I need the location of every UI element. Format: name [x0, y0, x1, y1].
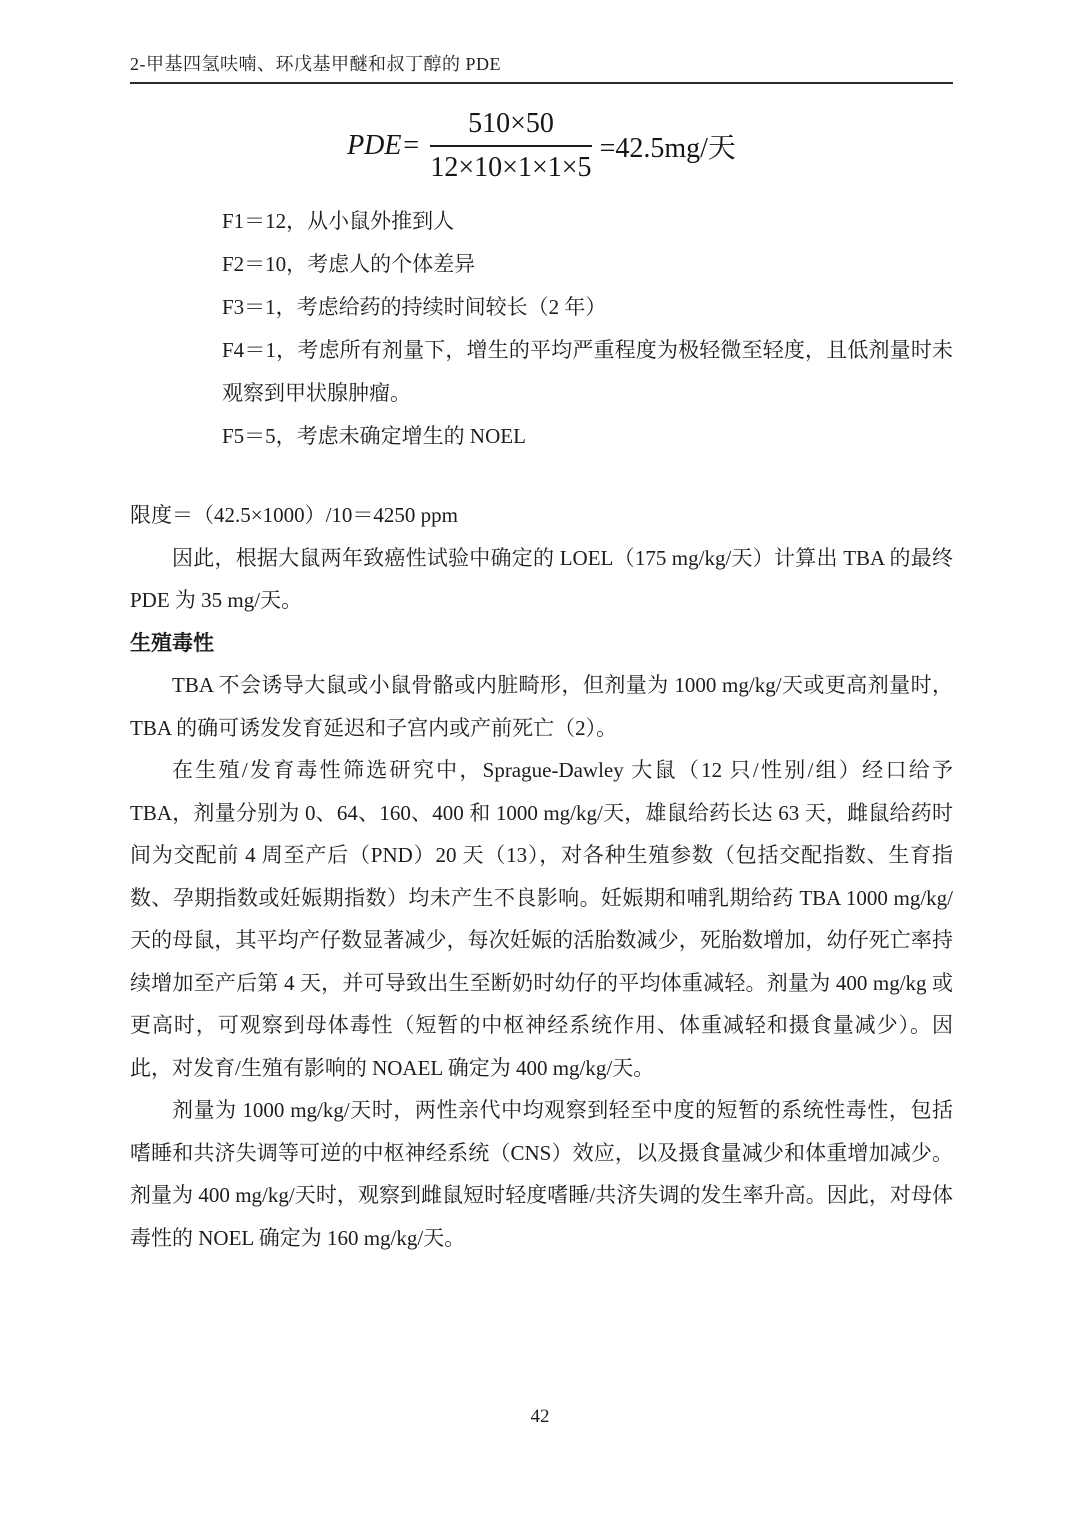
paragraph-screening-study: 在生殖/发育毒性筛选研究中，Sprague-Dawley 大鼠（12 只/性别/…: [130, 749, 953, 1089]
page-number: 42: [0, 1406, 1080, 1428]
factor-f1: F1＝12，从小鼠外推到人: [222, 200, 953, 243]
page-header: 2-甲基四氢呋喃、环戊基甲醚和叔丁醇的 PDE: [130, 52, 953, 84]
factor-list: F1＝12，从小鼠外推到人 F2＝10，考虑人的个体差异 F3＝1，考虑给药的持…: [130, 200, 953, 458]
formula-denominator: 12×10×1×1×5: [430, 147, 591, 184]
factor-f3: F3＝1，考虑给药的持续时间较长（2 年）: [222, 286, 953, 329]
pde-formula: PDE= 510×50 12×10×1×1×5 =42.5mg/天: [130, 108, 953, 184]
body-text: 限度＝（42.5×1000）/10＝4250 ppm 因此，根据大鼠两年致癌性试…: [130, 494, 953, 1259]
page-header-title: 2-甲基四氢呋喃、环戊基甲醚和叔丁醇的 PDE: [130, 52, 953, 76]
paragraph-tba-teratogenicity: TBA 不会诱导大鼠或小鼠骨骼或内脏畸形，但剂量为 1000 mg/kg/天或更…: [130, 664, 953, 749]
pde-conclusion-paragraph: 因此，根据大鼠两年致癌性试验中确定的 LOEL（175 mg/kg/天）计算出 …: [130, 537, 953, 622]
formula-numerator: 510×50: [430, 108, 591, 147]
factor-f4: F4＝1，考虑所有剂量下，增生的平均严重程度为极轻微至轻度，且低剂量时未观察到甲…: [222, 329, 953, 415]
header-rule: [130, 82, 953, 84]
formula-lhs: PDE=: [347, 130, 420, 162]
limit-line: 限度＝（42.5×1000）/10＝4250 ppm: [130, 494, 953, 537]
formula-result: =42.5mg/天: [600, 126, 736, 166]
section-heading-reproductive-toxicity: 生殖毒性: [130, 622, 953, 665]
factor-f5: F5＝5，考虑未确定增生的 NOEL: [222, 415, 953, 458]
document-page: 2-甲基四氢呋喃、环戊基甲醚和叔丁醇的 PDE PDE= 510×50 12×1…: [0, 0, 1080, 1528]
factor-f2: F2＝10，考虑人的个体差异: [222, 243, 953, 286]
page-footer: 42: [0, 1406, 1080, 1428]
paragraph-parental-toxicity: 剂量为 1000 mg/kg/天时，两性亲代中均观察到轻至中度的短暂的系统性毒性…: [130, 1089, 953, 1259]
formula-fraction: 510×50 12×10×1×1×5: [430, 108, 591, 184]
